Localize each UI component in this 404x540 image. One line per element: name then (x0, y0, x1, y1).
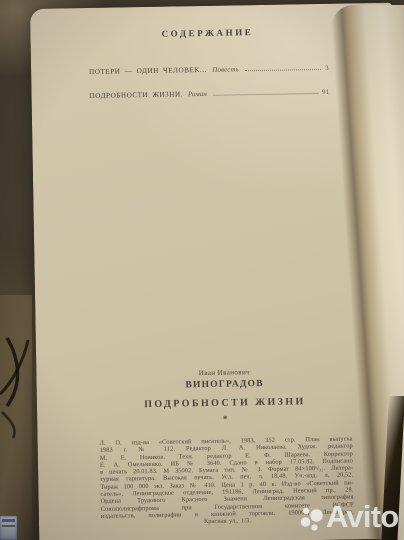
contents-entry-genre: Повесть (212, 66, 239, 73)
avito-watermark: Avito (296, 494, 404, 538)
dot-leader (245, 69, 321, 71)
contents-entry: ПОТЕРИ — ОДИН ЧЕЛОВЕК… Повесть 3 (89, 64, 329, 76)
contents-title: СОДЕРЖАНИЕ (88, 26, 326, 40)
contents-entry-genre: Роман (188, 91, 207, 98)
contents-entry-label: ПОТЕРИ — ОДИН ЧЕЛОВЕК… (89, 66, 207, 76)
book-photo: СОДЕРЖАНИЕ ПОТЕРИ — ОДИН ЧЕЛОВЕК… Повест… (0, 0, 404, 540)
author-last-name: ВИНОГРАДОВ (99, 377, 351, 391)
dot-leader (213, 93, 318, 96)
avito-wordmark: Avito (326, 501, 398, 532)
contents-entry-page-number: 91 (322, 89, 330, 96)
avito-logo-icon (296, 497, 324, 535)
corner-sticker (0, 516, 17, 540)
contents-entry-label: ПОДРОБНОСТИ ЖИЗНИ. (89, 90, 183, 100)
contents-entry: ПОДРОБНОСТИ ЖИЗНИ. Роман 91 (89, 88, 329, 100)
contents-entry-page-number: 3 (325, 65, 329, 72)
author-first-name: Иван Иванович (98, 366, 350, 378)
asterisk-separator: * (99, 411, 351, 425)
book-title: ПОДРОБНОСТИ ЖИЗНИ (99, 395, 351, 410)
pen-scribbles-icon (0, 330, 40, 445)
